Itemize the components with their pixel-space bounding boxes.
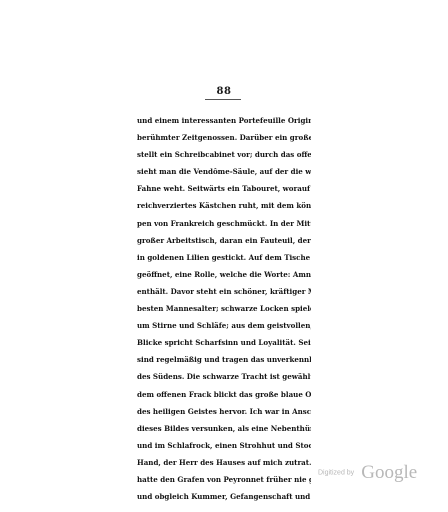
google-logo: Google [361,462,417,483]
text-line: dem offenen Frack blickt das große blaue… [137,386,311,403]
text-line: berühmter Zeitgenossen. Darüber ein groß… [137,129,311,146]
text-line: des Südens. Die schwarze Tracht ist gewä… [137,368,311,385]
text-line: besten Mannesalter; schwarze Locken spie… [137,300,311,317]
body-text: und einem interessanten Portefeuille Ori… [137,112,311,505]
text-line: und im Schlafrock, einen Strohhut und St… [137,437,311,454]
watermark-prefix: Digitized by [318,470,354,477]
text-line: in goldenen Lilien gestickt. Auf dem Tis… [137,249,311,266]
text-line: dieses Bildes versunken, als eine Nebent… [137,420,311,437]
text-line: Blicke spricht Scharfsinn und Loyalität.… [137,334,311,351]
text-line: Hand, der Herr des Hauses auf mich zutra… [137,454,311,471]
text-line: reichverziertes Kästchen ruht, mit dem k… [137,197,311,214]
text-line: geöffnet, eine Rolle, welche die Worte: … [137,266,311,283]
digitized-watermark: Digitized by Google [318,462,417,484]
page-number: 88 [0,86,448,97]
header-rule [205,99,241,100]
text-line: und einem interessanten Portefeuille Ori… [137,112,311,129]
text-line: hatte den Grafen von Peyronnet früher ni… [137,471,311,488]
text-line: des heiligen Geistes hervor. Ich war in … [137,403,311,420]
text-line: um Stirne und Schläfe; aus dem geistvoll… [137,317,311,334]
text-line: pen von Frankreich geschmückt. In der Mi… [137,215,311,232]
text-line: enthält. Davor steht ein schöner, kräfti… [137,283,311,300]
text-line: sieht man die Vendôme-Säule, auf der die… [137,163,311,180]
text-line: großer Arbeitstisch, daran ein Fauteuil,… [137,232,311,249]
text-line: stellt ein Schreibcabinet vor; durch das… [137,146,311,163]
text-line: und obgleich Kummer, Gefangenschaft und … [137,488,311,505]
text-line: sind regelmäßig und tragen das unverkenn… [137,351,311,368]
text-line: Fahne weht. Seitwärts ein Tabouret, wora… [137,180,311,197]
